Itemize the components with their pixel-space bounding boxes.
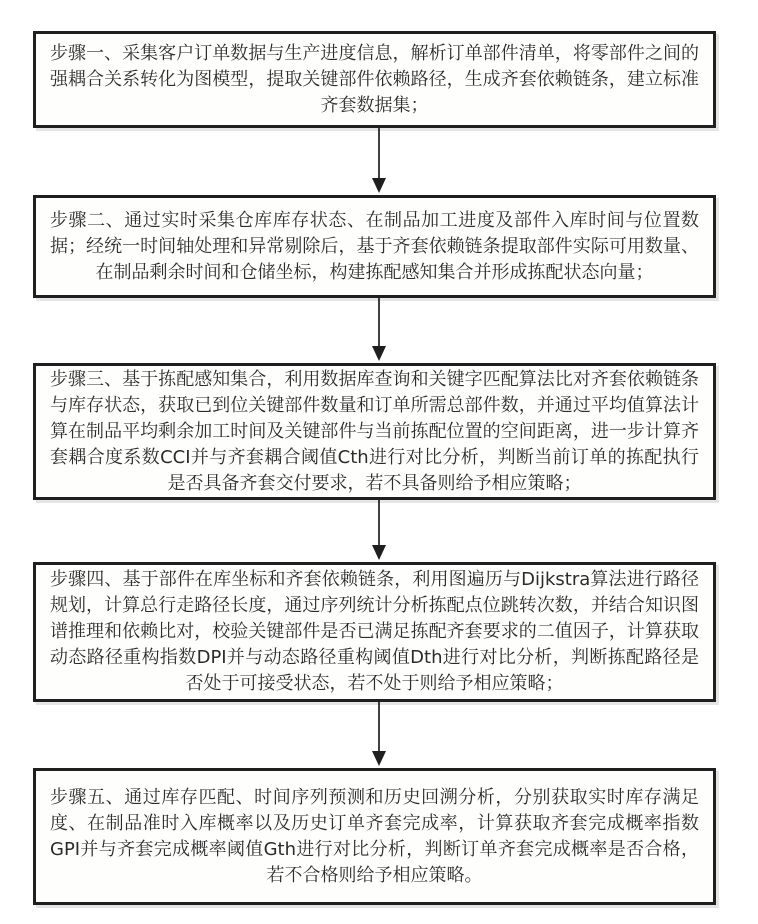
patent-flowchart-figure: 步骤一、采集客户订单数据与生产进度信息，解析订单部件清单，将零部件之间的强耦合关… [0,0,758,924]
flow-step-4-text: 步骤四、基于部件在库坐标和齐套依赖链条，利用图遍历与Dijkstra算法进行路径… [50,567,699,697]
flow-step-1-text: 步骤一、采集客户订单数据与生产进度信息，解析订单部件清单，将零部件之间的强耦合关… [50,41,699,119]
down-arrow-icon-1 [368,128,390,194]
down-arrow-icon-3 [368,500,390,561]
flow-step-4-box: 步骤四、基于部件在库坐标和齐套依赖链条，利用图遍历与Dijkstra算法进行路径… [33,562,716,702]
down-arrow-icon-4 [368,702,390,767]
flow-step-2-box: 步骤二、通过实时采集仓库库存状态、在制品加工进度及部件入库时间与位置数据；经统一… [33,195,716,298]
flow-step-3-text: 步骤三、基于拣配感知集合，利用数据库查询和关键字匹配算法比对齐套依赖链条与库存状… [50,367,699,497]
down-arrow-icon-2 [368,298,390,362]
flow-step-1-box: 步骤一、采集客户订单数据与生产进度信息，解析订单部件清单，将零部件之间的强耦合关… [33,31,716,128]
flow-step-5-text: 步骤五、通过库存匹配、时间序列预测和历史回溯分析，分别获取实时库存满足度、在制品… [50,785,699,889]
flow-step-3-box: 步骤三、基于拣配感知集合，利用数据库查询和关键字匹配算法比对齐套依赖链条与库存状… [33,363,716,500]
flow-step-5-box: 步骤五、通过库存匹配、时间序列预测和历史回溯分析，分别获取实时库存满足度、在制品… [33,768,716,905]
flow-step-2-text: 步骤二、通过实时采集仓库库存状态、在制品加工进度及部件入库时间与位置数据；经统一… [50,208,699,286]
